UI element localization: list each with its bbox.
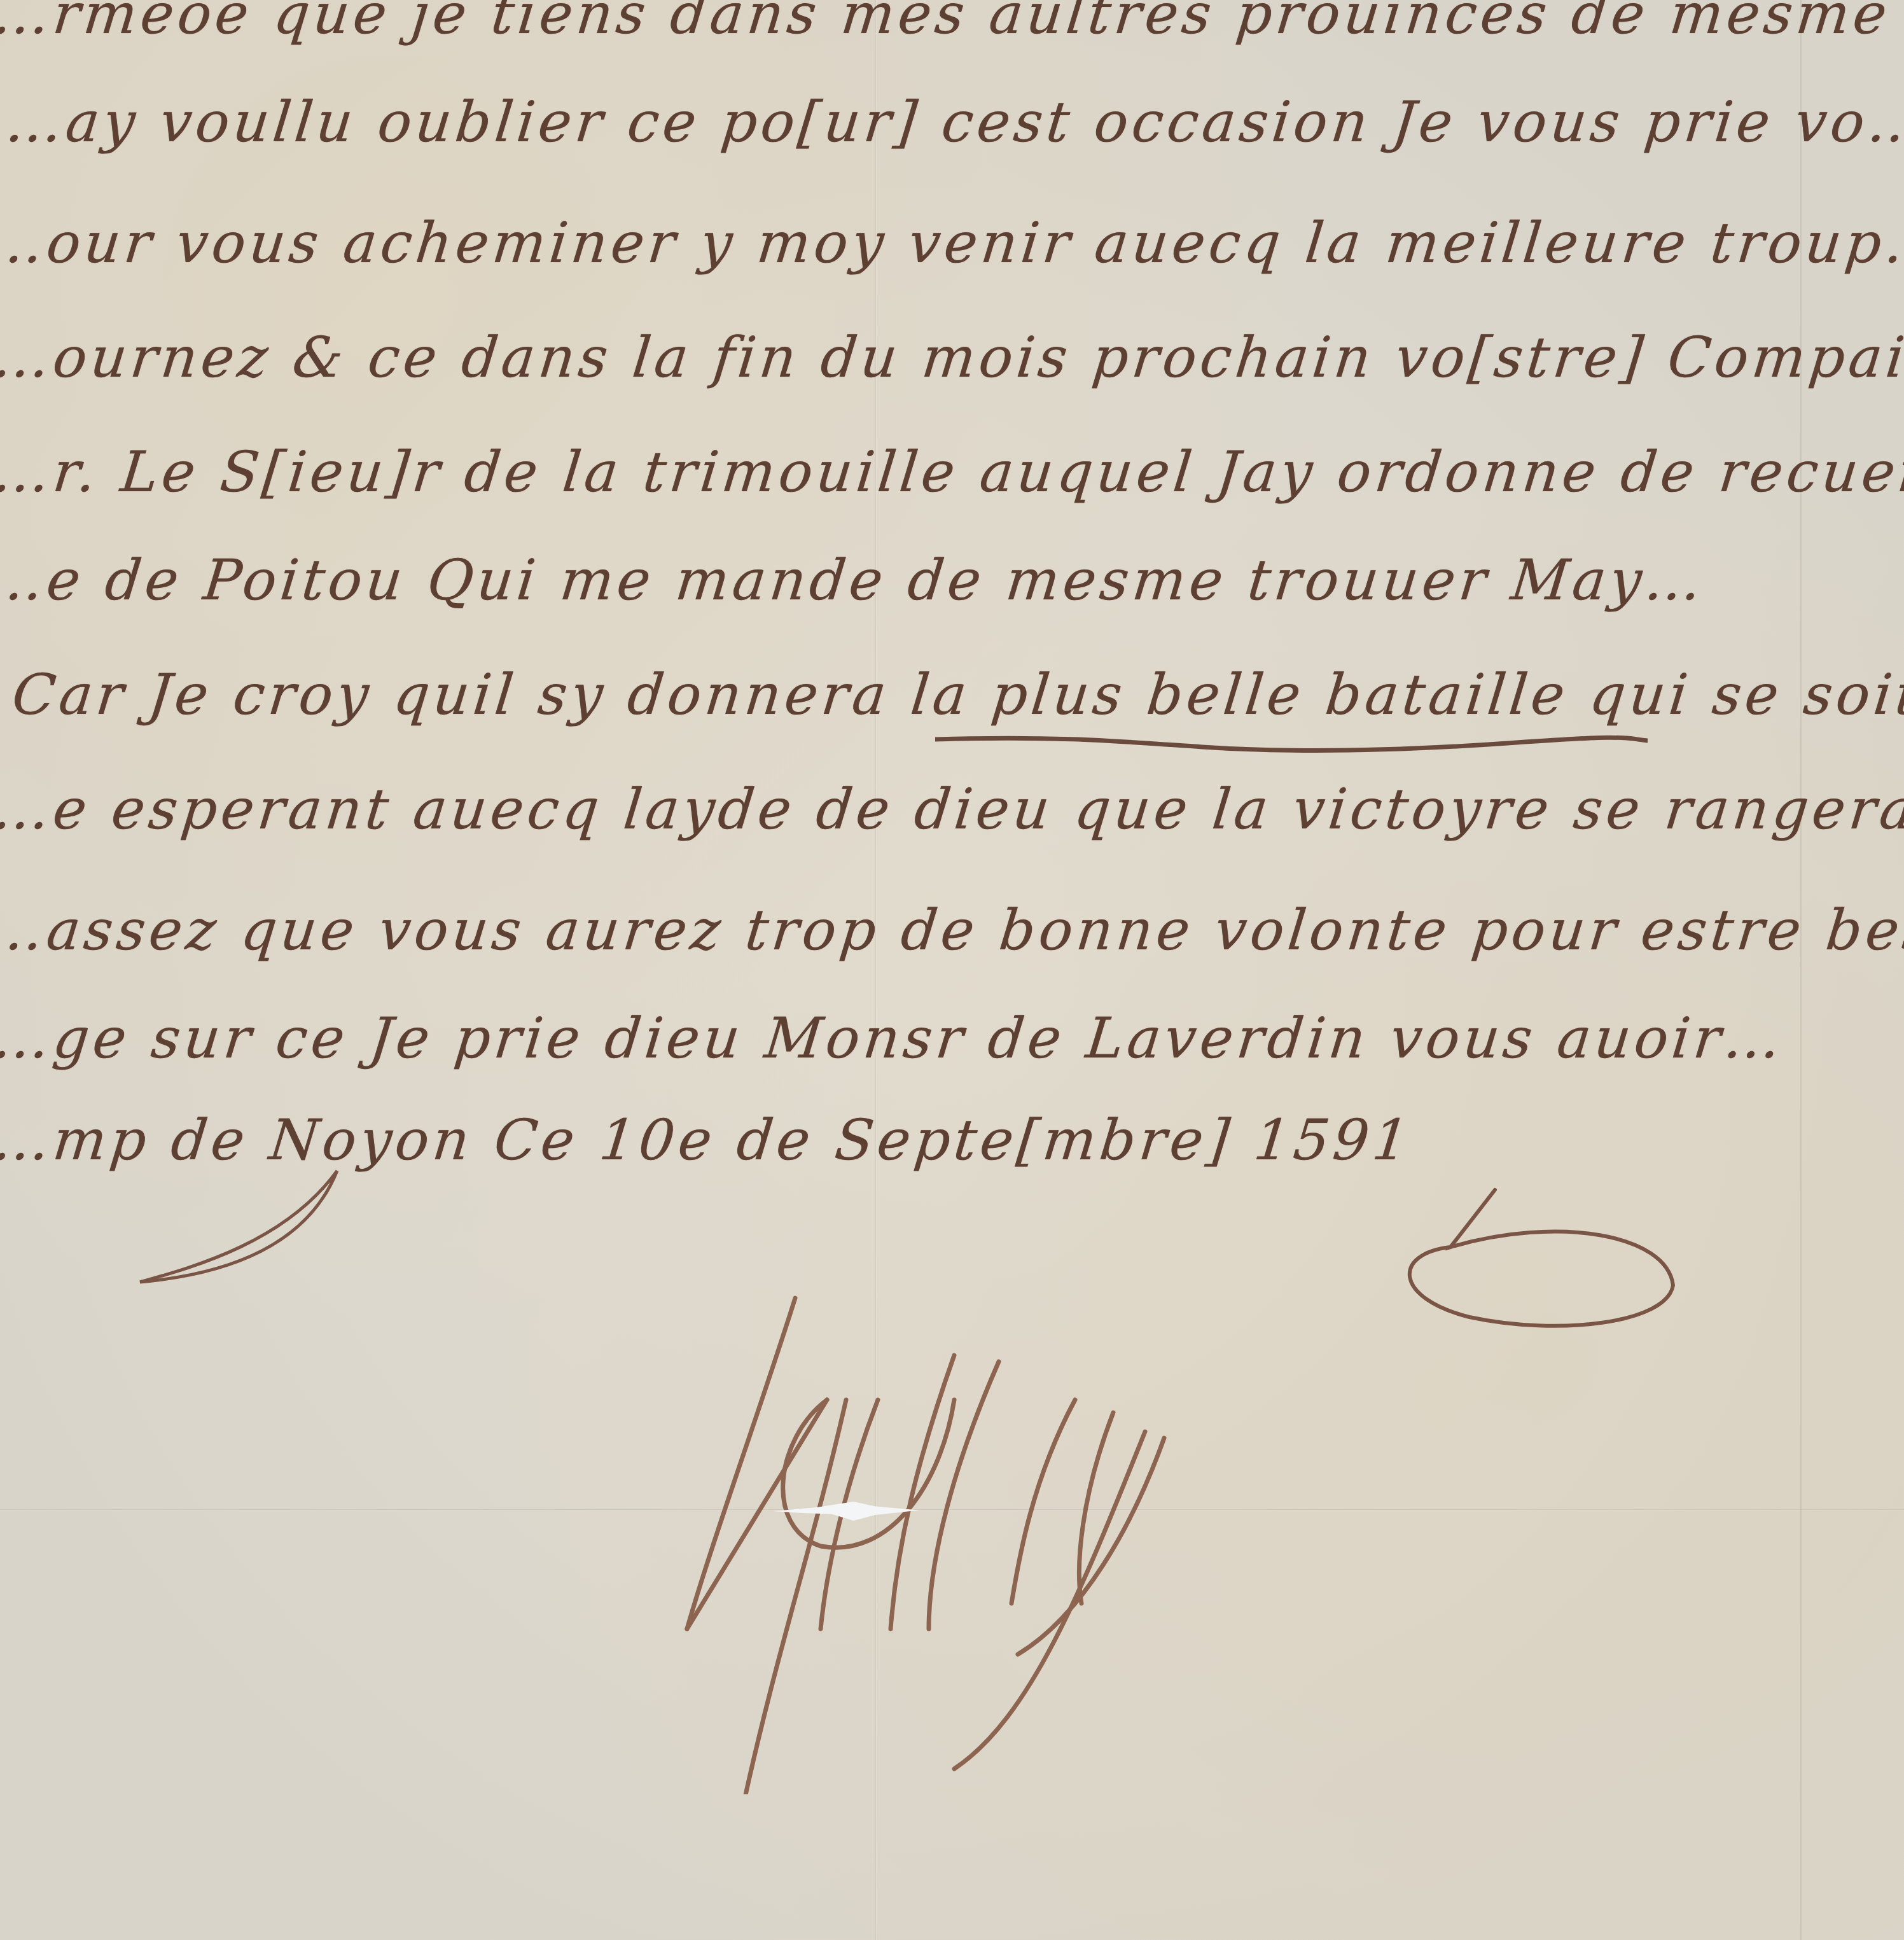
date-flourish xyxy=(1368,1177,1724,1343)
underline-stroke xyxy=(935,733,1648,758)
text-line: …ay voullu oublier ce po[ur] cest occasi… xyxy=(3,89,1904,155)
text-line: …ournez & ce dans la fin du mois prochai… xyxy=(0,324,1904,390)
signature-text: Henry xyxy=(674,1374,1275,1596)
text-line: …e esperant auecq layde de dieu que la v… xyxy=(0,776,1904,842)
left-flourish xyxy=(121,1145,363,1311)
text-line: …ge sur ce Je prie dieu Monsr de Laverdi… xyxy=(0,1005,1788,1071)
right-fold-crease xyxy=(1800,0,1802,1940)
text-line: …rmeoe que je tiens dans mes aultres pro… xyxy=(0,0,1904,46)
text-line: …r. Le S[ieu]r de la trimouille auquel J… xyxy=(0,439,1904,505)
text-line: Car Je croy quil sy donnera la plus bell… xyxy=(10,662,1904,727)
manuscript-page: …rmeoe que je tiens dans mes aultres pro… xyxy=(0,0,1904,1940)
text-line: …our vous acheminer y moy venir auecq la… xyxy=(0,210,1904,276)
text-line: …assez que vous aurez trop de bonne volo… xyxy=(0,897,1904,963)
text-line: …e de Poitou Qui me mande de mesme trouu… xyxy=(0,547,1709,613)
